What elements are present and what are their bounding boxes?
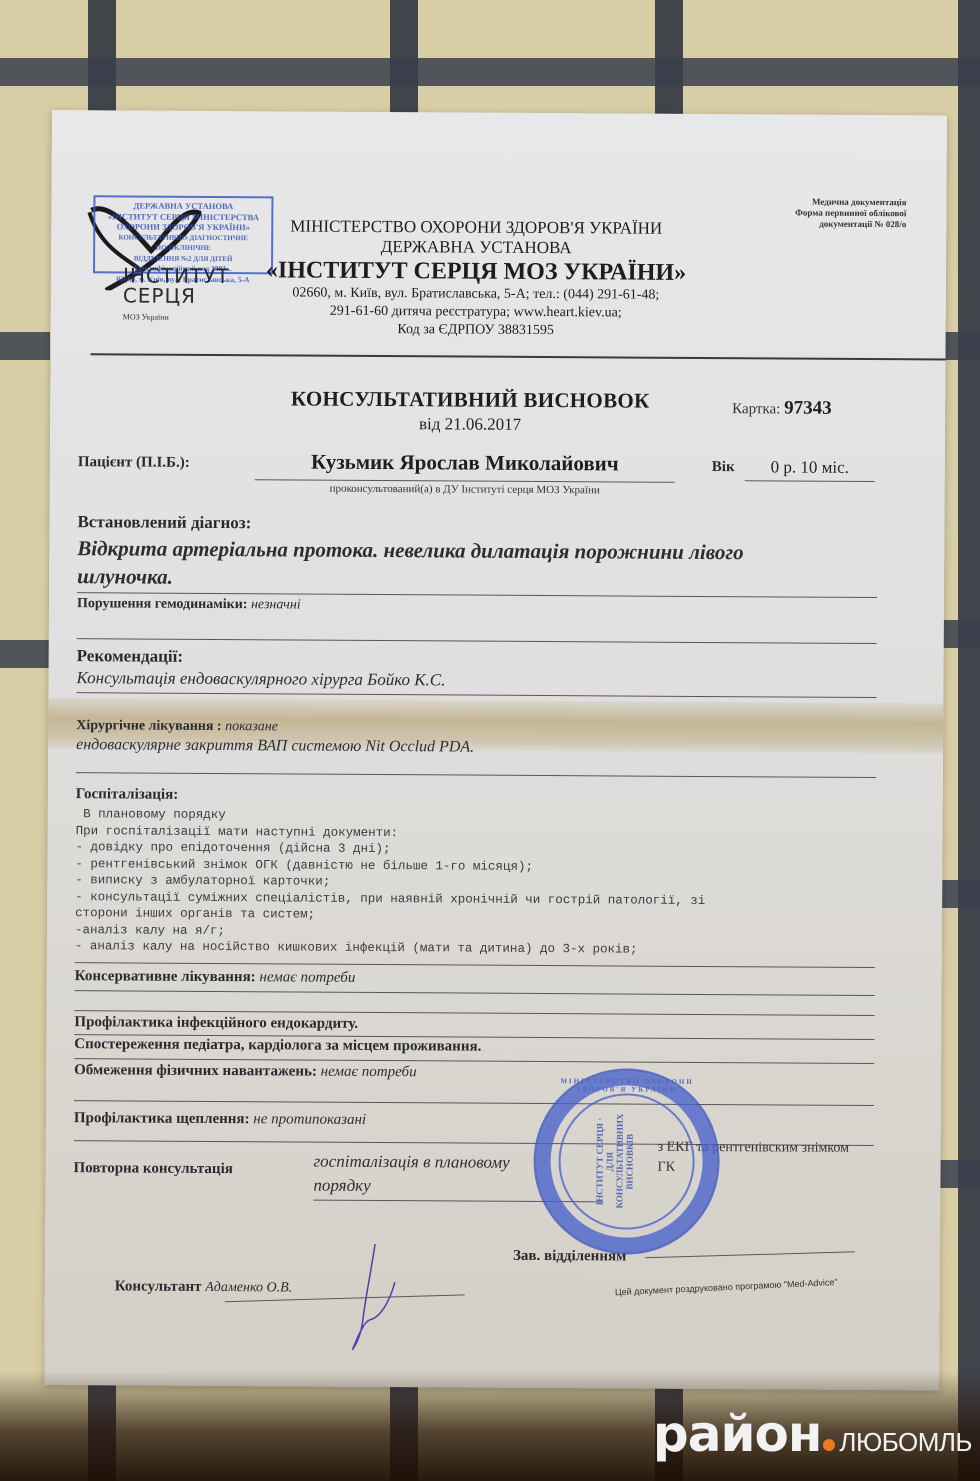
rule [77,638,877,644]
institution-name: «ІНСТИТУТ СЕРЦЯ МОЗ УКРАЇНИ» [251,256,701,287]
surgery-detail: ендоваскулярне закриття ВАП системою Nit… [76,736,474,756]
conservative-row: Консервативне лікування: немає потреби [75,968,356,987]
watermark-city: ЛЮБОМЛЬ [839,1427,972,1457]
diagnosis-label: Встановлений діагноз: [77,512,251,533]
watermark-dot-icon [823,1439,835,1451]
address-line-1: 02660, м. Київ, вул. Братиславська, 5-А;… [251,284,701,305]
head-signature-line [645,1251,855,1258]
diagnosis-line-2: шлуночка. [77,564,173,590]
document-date: від 21.06.2017 [230,413,710,436]
repeat-consultation-value-2: порядку [313,1176,370,1196]
age-label: Вік [712,459,735,476]
patient-name: Кузьмик Ярослав Миколайович [255,449,675,477]
recommendations-label: Рекомендації: [77,646,183,667]
rule [76,772,876,778]
letterhead: МІНІСТЕРСТВО ОХОРОНИ ЗДОРОВ'Я УКРАЇНИ ДЕ… [251,216,702,341]
logo-subtitle: МОЗ України [123,312,169,321]
ministry-name: МІНІСТЕРСТВО ОХОРОНИ ЗДОРОВ'Я УКРАЇНИ [251,216,701,239]
patient-subtext: проконсультований(а) в ДУ Інституті серц… [255,482,675,497]
edrpou-code: Код за ЄДРПОУ 38831595 [251,320,701,341]
official-round-stamp: МІНІСТЕРСТВО ОХОРОНИ ЗДОРОВ'Я УКРАЇНИ ІН… [533,1068,720,1255]
observation-note: Спостереження педіатра, кардіолога за мі… [74,1036,481,1055]
vaccination-row: Профілактика щеплення: не протипоказані [74,1110,366,1129]
head-of-department-label: Зав. відділенням [513,1248,626,1266]
age-underline [745,480,875,482]
diagnosis-line-1: Відкрита артеріальна протока. невелика д… [77,536,743,565]
hospitalization-list: В плановому порядку При госпіталізації м… [75,806,896,960]
age-value: 0 р. 10 міс. [750,457,870,478]
institution-type: ДЕРЖАВНА УСТАНОВА [251,236,701,259]
hemodynamics-row: Порушення гемодинаміки: незначні [77,596,301,613]
endocarditis-prophylaxis: Профілактика інфекційного ендокардиту. [74,1014,358,1033]
hospitalization-label: Госпіталізація: [76,786,179,804]
rule [75,962,875,968]
signature-scribble-icon [334,1242,415,1352]
card-number: Картка: 97343 [732,397,832,420]
patient-label: Пацієнт (П.І.Б.): [78,454,190,472]
repeat-consultation-value-1: госпіталізація в плановому [314,1152,510,1173]
physical-restrictions-row: Обмеження фізичних навантажень: немає по… [74,1062,417,1081]
document-title: КОНСУЛЬТАТИВНИЙ ВИСНОВОК [230,386,710,414]
watermark-brand: район [653,1405,821,1463]
rule [76,692,876,698]
rule [75,990,875,996]
header-divider [91,353,946,360]
institution-rect-stamp: ДЕРЖАВНА УСТАНОВА «ІНСТИТУТ СЕРЦЯ МІНІСТ… [93,195,273,274]
site-watermark: районЛЮБОМЛЬ [653,1405,972,1463]
surgery-row: Хірургічне лікування : показане [76,718,278,735]
consultation-document: ДЕРЖАВНА УСТАНОВА «ІНСТИТУТ СЕРЦЯ МІНІСТ… [44,110,947,1390]
consultant-row: Консультант Адаменко О.В. [115,1278,292,1296]
logo-wordmark: ІНСТИТУТ СЕРЦЯ [123,265,230,306]
form-note: Медична документація Форма первинної обл… [746,196,906,230]
rule [74,1100,874,1106]
repeat-consultation-label: Повторна консультація [73,1160,232,1178]
software-note: Цей документ роздруковано програмою "Med… [615,1277,838,1297]
recommendations-value: Консультація ендоваскулярного хірурга Бо… [76,668,445,690]
